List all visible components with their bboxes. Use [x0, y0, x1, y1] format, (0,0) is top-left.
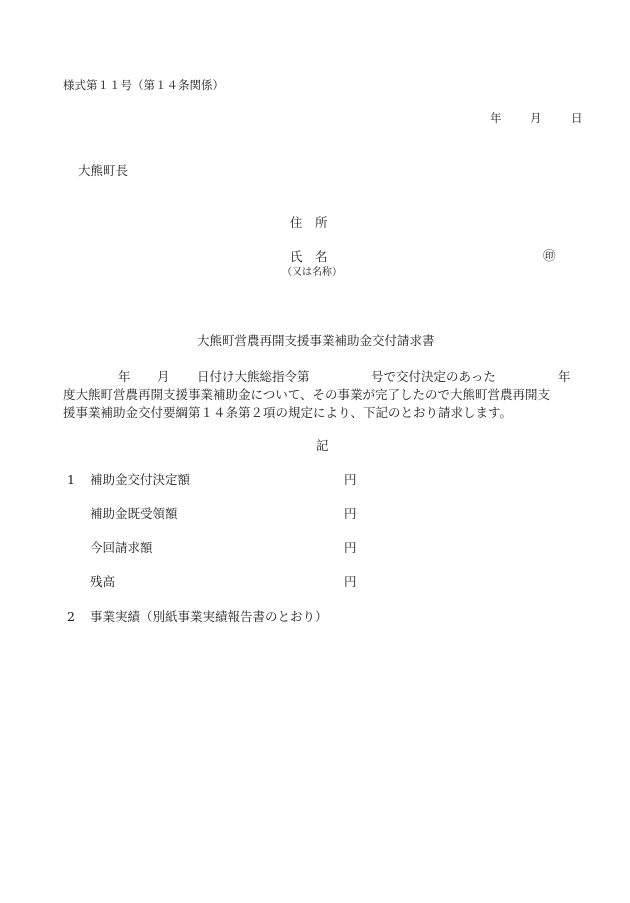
body-line-2: 度大熊町営農再開支援事業補助金について、その事業が完了したので大熊町営農再開支: [63, 386, 583, 404]
body-month: 月: [157, 371, 170, 384]
item-label: 補助金既受領額: [90, 508, 178, 521]
body-year: 年: [118, 371, 131, 384]
item-unit: 円: [344, 474, 357, 487]
date-day-label: 日: [571, 113, 583, 125]
body-date-suffix: 日付け大熊総指令第: [197, 371, 310, 384]
date-year-label: 年: [490, 113, 502, 125]
body-line-1: 年 月 日付け大熊総指令第 号で交付決定のあった 年: [63, 368, 583, 386]
item-unit: 円: [344, 542, 357, 555]
item-label: 補助金交付決定額: [90, 474, 190, 487]
body-number-suffix: 号で交付決定のあった: [371, 371, 496, 384]
ki-heading: 記: [316, 440, 329, 453]
body-fiscal-year: 年: [558, 371, 571, 384]
item-number: 2: [67, 611, 75, 624]
name-sub-label: （又は名称）: [282, 268, 342, 278]
item-unit: 円: [344, 576, 357, 589]
item-label: 事業実績（別紙事業実績報告書のとおり）: [90, 611, 328, 624]
document-title: 大熊町営農再開支援事業補助金交付請求書: [197, 335, 435, 348]
item-label: 残高: [90, 576, 115, 589]
addressee: 大熊町長: [78, 165, 128, 178]
item-unit: 円: [344, 508, 357, 521]
item-label: 今回請求額: [90, 542, 153, 555]
name-label: 氏 名: [290, 251, 328, 264]
address-label: 住 所: [290, 217, 328, 230]
form-number: 様式第１１号（第１４条関係）: [63, 80, 224, 92]
item-number: 1: [67, 474, 75, 487]
body-line-3: 援事業補助金交付要綱第１４条第２項の規定により、下記のとおり請求します。: [63, 404, 583, 422]
date-month-label: 月: [530, 113, 542, 125]
seal-mark-icon: ㊞: [543, 250, 556, 263]
